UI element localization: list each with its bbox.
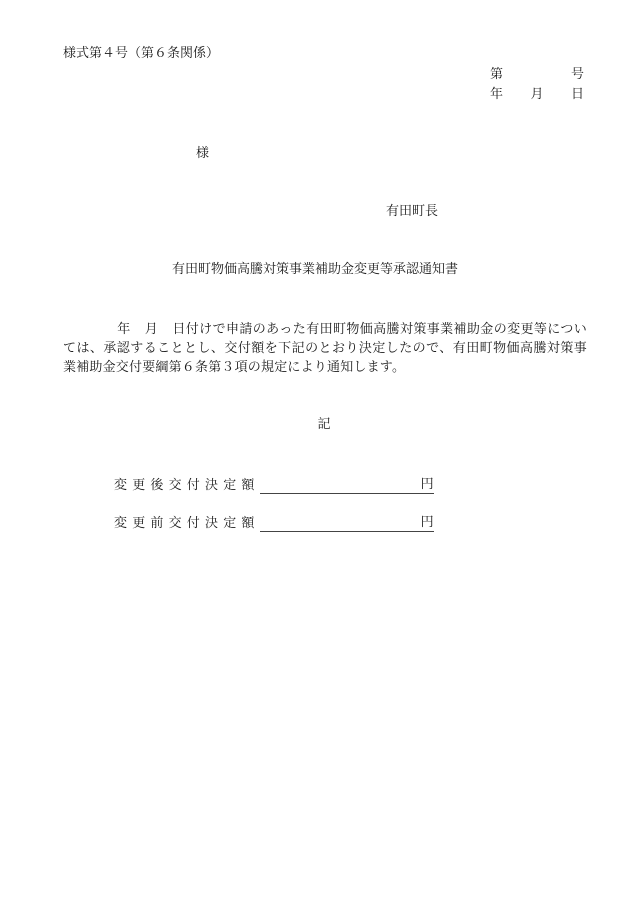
doc-number-prefix: 第 — [490, 67, 503, 83]
amount-row-after-change: 変更後交付決定額 円 — [114, 477, 434, 494]
amount-row-before-change: 変更前交付決定額 円 — [114, 515, 434, 532]
document-date: 年 月 日 — [490, 87, 584, 103]
body-text: 日付けで申請のあった有田町物価高騰対策事業補助金の変更等については、承認すること… — [63, 322, 587, 375]
amount-field[interactable]: 円 — [260, 477, 434, 494]
amount-label: 変更前交付決定額 — [114, 516, 260, 532]
sender-name: 有田町長 — [386, 204, 438, 220]
body-date-month: 月 — [145, 322, 159, 337]
date-day: 日 — [571, 87, 584, 103]
date-month: 月 — [530, 87, 543, 103]
amount-label: 変更後交付決定額 — [114, 478, 260, 494]
date-year: 年 — [490, 87, 503, 103]
document-title: 有田町物価高騰対策事業補助金変更等承認通知書 — [0, 262, 630, 278]
body-date-year: 年 — [117, 322, 131, 337]
addressee-honorific: 様 — [196, 146, 209, 162]
amount-unit: 円 — [421, 477, 434, 493]
doc-number-suffix: 号 — [571, 67, 584, 83]
ki-heading: 記 — [0, 417, 630, 433]
amount-field[interactable]: 円 — [260, 515, 434, 532]
form-number: 様式第４号（第６条関係） — [63, 46, 219, 62]
amount-unit: 円 — [421, 515, 434, 531]
document-number: 第 号 — [490, 67, 584, 83]
body-paragraph: 年月日付けで申請のあった有田町物価高騰対策事業補助金の変更等については、承認する… — [63, 320, 587, 377]
